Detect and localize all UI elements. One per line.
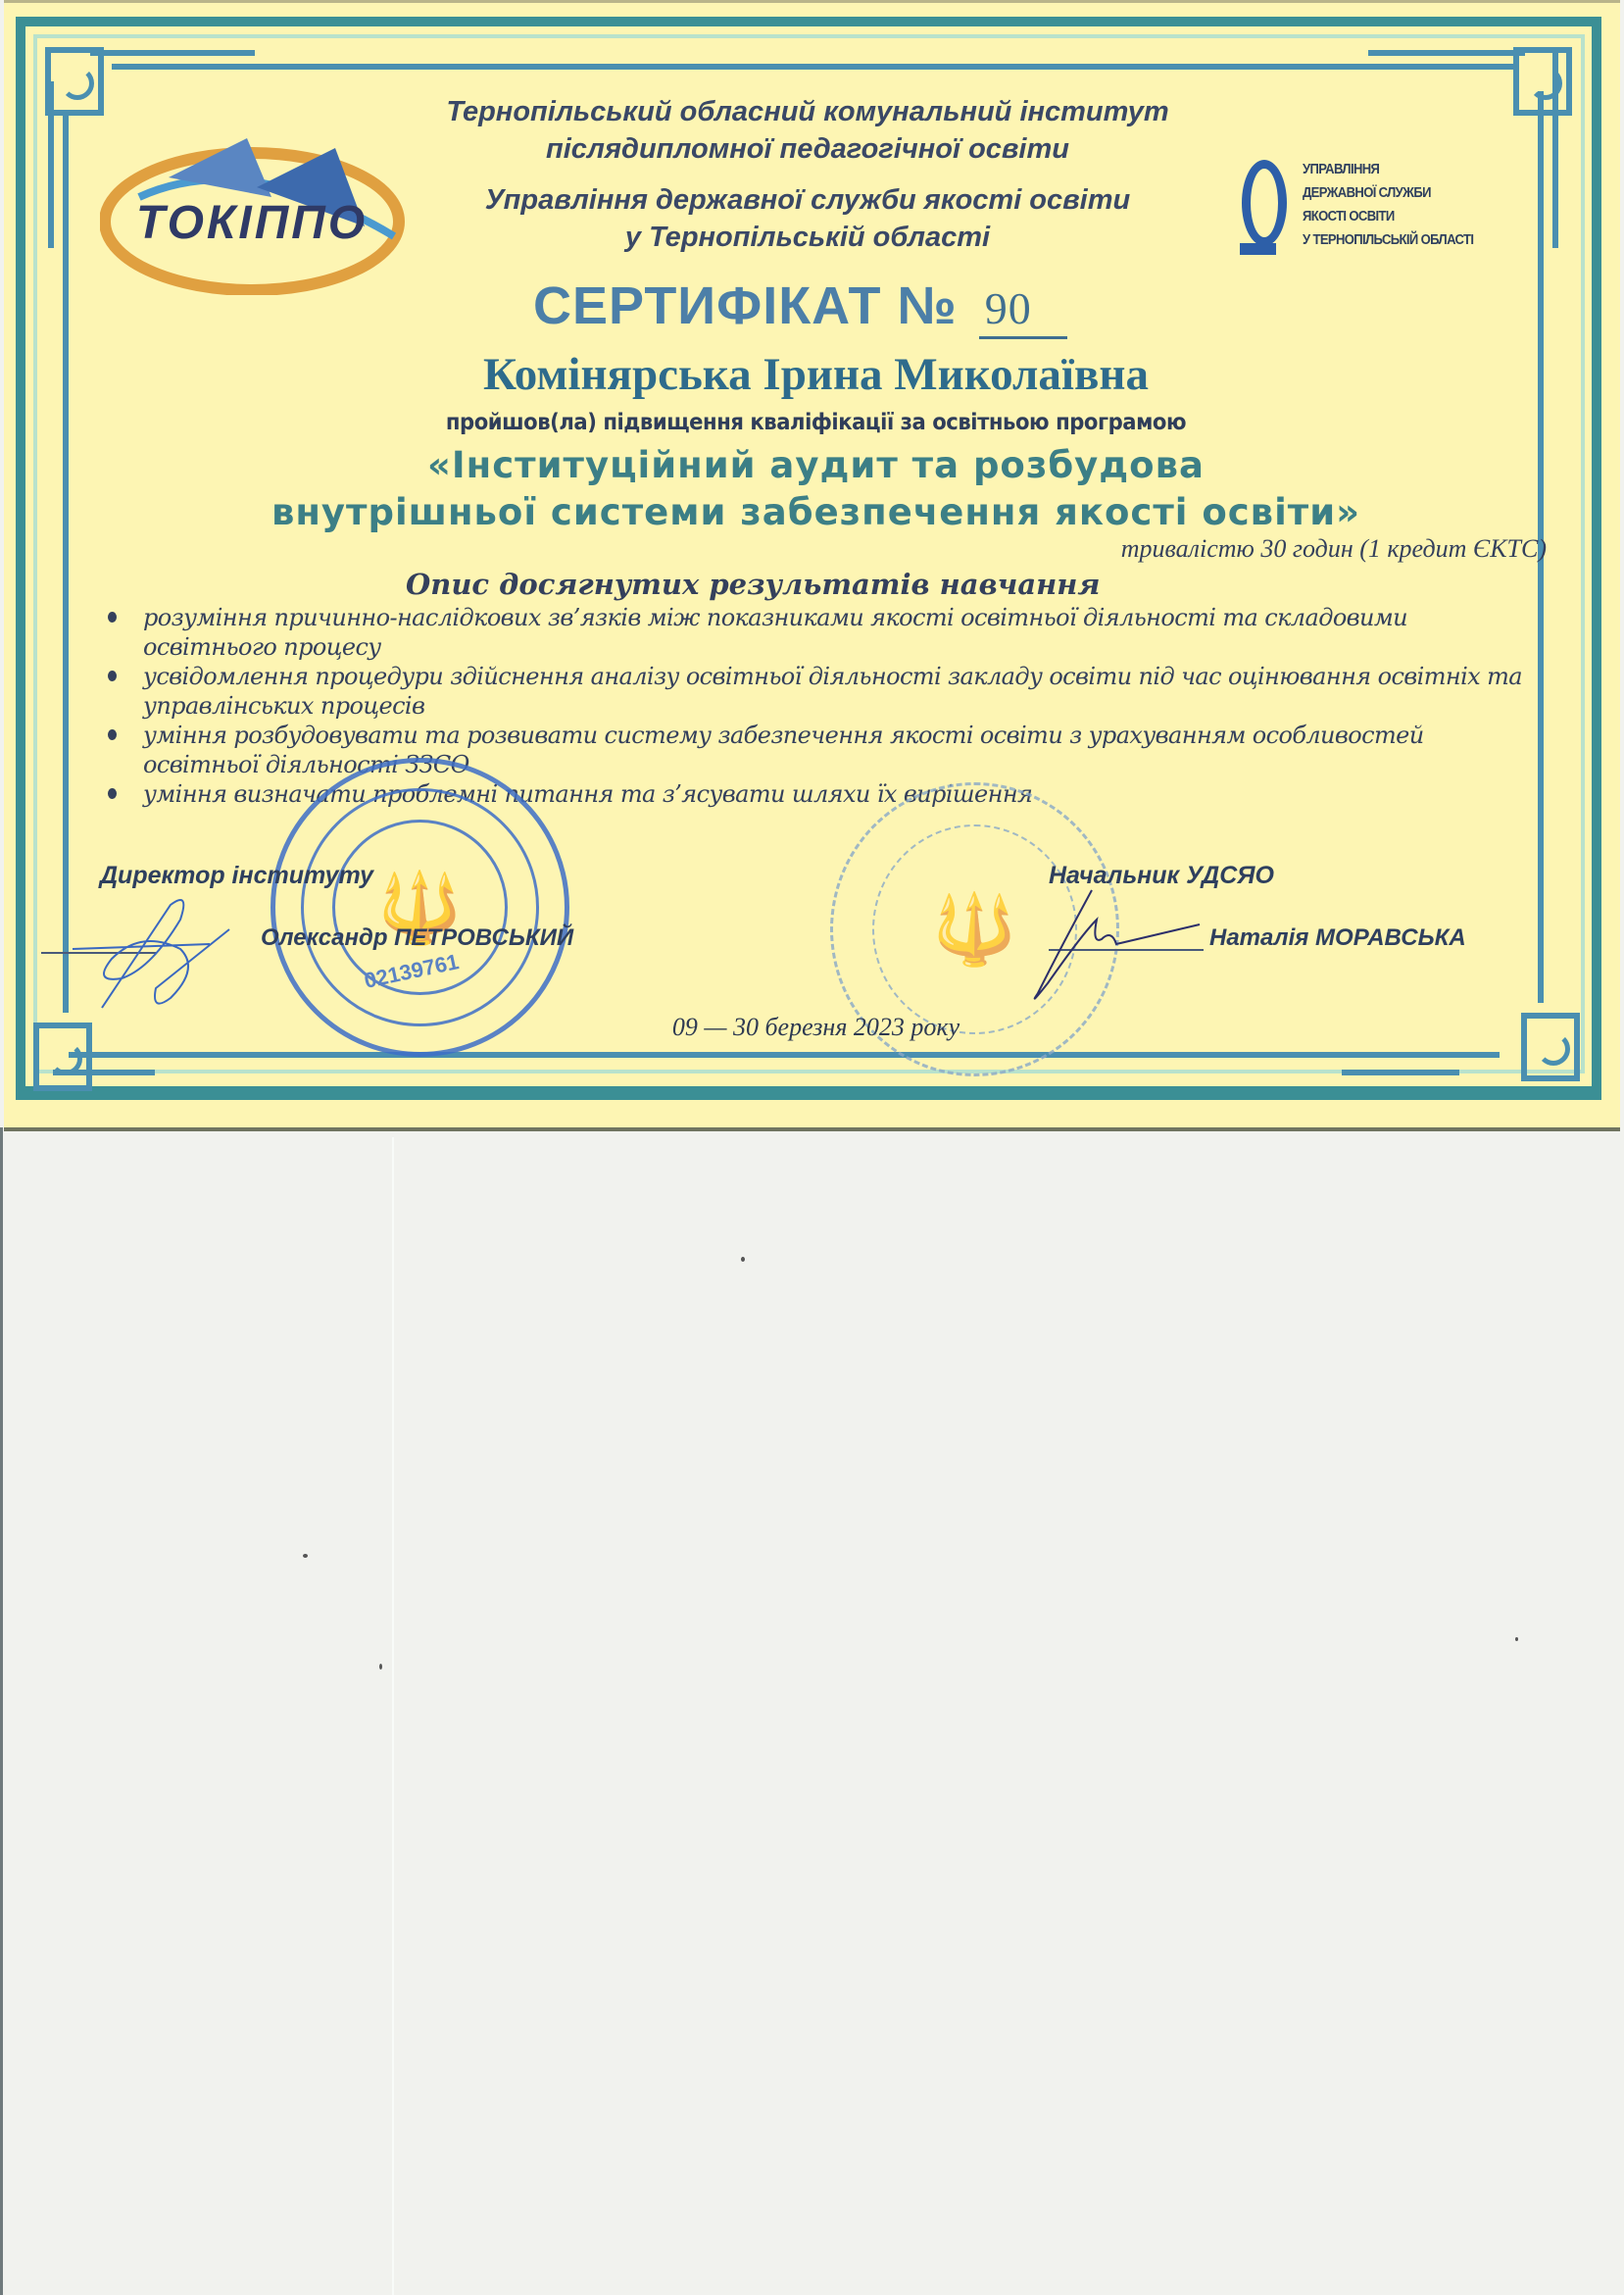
dust-speck [1515, 1637, 1518, 1641]
institute-name-line2: післядипломної педагогічної освіти [357, 130, 1258, 168]
certificate-title-text: СЕРТИФІКАТ № [533, 276, 958, 335]
recipient-name: Комінярська Ірина Миколаївна [4, 348, 1624, 401]
list-item: уміння розбудовувати та розвивати систем… [102, 721, 1543, 779]
department-line2: у Тернопільській області [357, 219, 1258, 256]
bullet-icon [108, 788, 117, 799]
completion-text: пройшов(ла) підвищення кваліфікації за о… [69, 410, 1562, 435]
svg-text:ТОКІППО: ТОКІППО [136, 197, 368, 249]
outcomes-list: розуміння причинно-наслідкових зв’язків … [102, 603, 1543, 809]
program-title: «Інституційний аудит та розбудова внутрі… [4, 442, 1624, 536]
scan-edge [0, 1127, 3, 2295]
program-title-line2: внутрішньої системи забезпечення якості … [4, 489, 1624, 536]
dust-speck [379, 1664, 382, 1670]
outcomes-title: Опис досягнутих результатів навчання [406, 568, 1101, 601]
stamp-code: 02139761 [362, 949, 461, 994]
program-duration: тривалістю 30 годин (1 кредит ЄКТС) [1121, 534, 1547, 564]
udsyao-logo: УПРАВЛІННЯ ДЕРЖАВНОЇ СЛУЖБИ ЯКОСТІ ОСВІТ… [1232, 150, 1546, 268]
dust-speck [741, 1257, 745, 1262]
corner-ornament-icon [1513, 47, 1572, 116]
director-name: Олександр ПЕТРОВСЬКИЙ [261, 924, 573, 952]
director-title: Директор інституту [100, 862, 373, 890]
corner-ornament-icon [45, 47, 104, 116]
frame-line-bottom-short-right [1342, 1070, 1459, 1075]
scan-crease [392, 1137, 394, 2295]
director-signature-icon [63, 890, 259, 1018]
head-name: Наталія МОРАВСЬКА [1209, 924, 1466, 952]
institute-name-line1: Тернопільський обласний комунальний інст… [357, 93, 1258, 130]
bullet-icon [108, 671, 117, 681]
frame-line-bottom [69, 1052, 1500, 1058]
program-title-line1: «Інституційний аудит та розбудова [4, 442, 1624, 489]
page-edge-shadow [4, 1127, 1620, 1131]
dust-speck [303, 1554, 308, 1558]
certificate-title: СЕРТИФІКАТ № 90 [533, 275, 1067, 339]
frame-line-top-short-right [1368, 50, 1525, 56]
bullet-icon [108, 729, 117, 740]
udsyao-logo-text: УПРАВЛІННЯ ДЕРЖАВНОЇ СЛУЖБИ ЯКОСТІ ОСВІТ… [1303, 158, 1473, 252]
trident-icon: 🔱 [932, 895, 1017, 964]
list-item: усвідомлення процедури здійснення аналіз… [102, 662, 1543, 721]
frame-line-top [112, 64, 1513, 70]
certificate-page: ТОКІППО УПРАВЛІННЯ ДЕРЖАВНОЇ СЛУЖБИ ЯКОС… [4, 0, 1620, 1130]
head-signature-icon [1023, 885, 1219, 1003]
bullet-icon [108, 612, 117, 623]
certificate-number: 90 [979, 282, 1067, 339]
frame-line-top-short [90, 50, 255, 56]
list-item: розуміння причинно-наслідкових зв’язків … [102, 603, 1543, 662]
issuer-block: Тернопільський обласний комунальний інст… [357, 93, 1258, 256]
training-dates: 09 — 30 березня 2023 року [4, 1013, 1624, 1042]
frame-line-left [63, 111, 69, 1013]
department-line1: Управління державної служби якості освіт… [357, 181, 1258, 219]
